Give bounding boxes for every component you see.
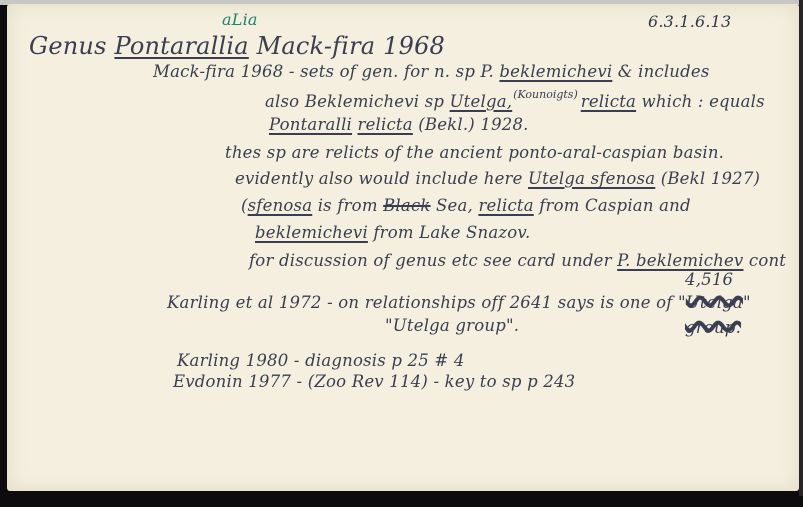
utelga-sfenosa-underlined: Utelga sfenosa — [528, 169, 655, 188]
line-sfenosa-origin: (sfenosa is from Black Sea, relicta from… — [241, 196, 691, 215]
species-beklemichevi-underlined: beklemichevi — [499, 62, 612, 81]
line-mackfira-1968: Mack-fira 1968 - sets of gen. for n. sp … — [153, 62, 710, 81]
group-scribbled-out: group. — [685, 318, 741, 337]
genus-author-year: Mack-fira 1968 — [249, 32, 445, 60]
line-utelga-group: "Utelga group". — [385, 316, 519, 335]
line-pontaralli-relicta: Pontaralli relicta (Bekl.) 1928. — [269, 115, 529, 134]
green-correction: aLia — [222, 10, 258, 29]
index-card: 6.3.1.6.13 aLia Genus Pontarallia Mack-f… — [7, 4, 799, 491]
superscript-insertion: (Kounoigts) — [513, 88, 578, 101]
genus-name-underlined: Pontarallia — [114, 32, 248, 60]
scanner-edge-right — [799, 0, 803, 496]
scribble-group: group. — [685, 318, 741, 337]
line-see-card-under: for discussion of genus etc see card und… — [249, 251, 786, 270]
line-beklemichevi-origin: beklemichevi from Lake Snazov. — [255, 223, 530, 242]
relicta-underlined: relicta — [478, 196, 533, 215]
p-beklemichev-underlined: P. beklemichev — [617, 251, 743, 270]
utelga-scribbled-out: Utelga — [686, 293, 743, 312]
relicta-underlined: relicta — [581, 92, 636, 111]
genus-word: Genus — [29, 32, 114, 60]
sfenosa-underlined: sfenosa — [248, 196, 313, 215]
line-evdonin-1977: Evdonin 1977 - (Zoo Rev 114) - key to sp… — [173, 372, 575, 391]
line-also-beklemichevi: also Beklemichevi sp Utelga,(Kounoigts)r… — [265, 88, 765, 111]
utelga-underlined: Utelga, — [450, 92, 513, 111]
relicta-underlined: relicta — [357, 115, 412, 134]
line-relicts-note: thes sp are relicts of the ancient ponto… — [225, 143, 724, 162]
line-evidently-include: evidently also would include here Utelga… — [235, 169, 760, 188]
line-karling-1972: Karling et al 1972 - on relationships of… — [167, 293, 751, 312]
pontaralli-underlined: Pontaralli — [269, 115, 352, 134]
line-karling-1980: Karling 1980 - diagnosis p 25 # 4 — [177, 351, 465, 370]
green-correction-text: aLia — [222, 10, 258, 29]
line-genus-heading: Genus Pontarallia Mack-fira 1968 — [29, 32, 445, 60]
catalog-number-text: 6.3.1.6.13 — [648, 12, 731, 31]
page-ref-4516: 4,516 — [685, 270, 733, 289]
beklemichevi-underlined: beklemichevi — [255, 223, 368, 242]
black-struck-out: Black — [383, 196, 430, 215]
catalog-number: 6.3.1.6.13 — [648, 12, 731, 31]
